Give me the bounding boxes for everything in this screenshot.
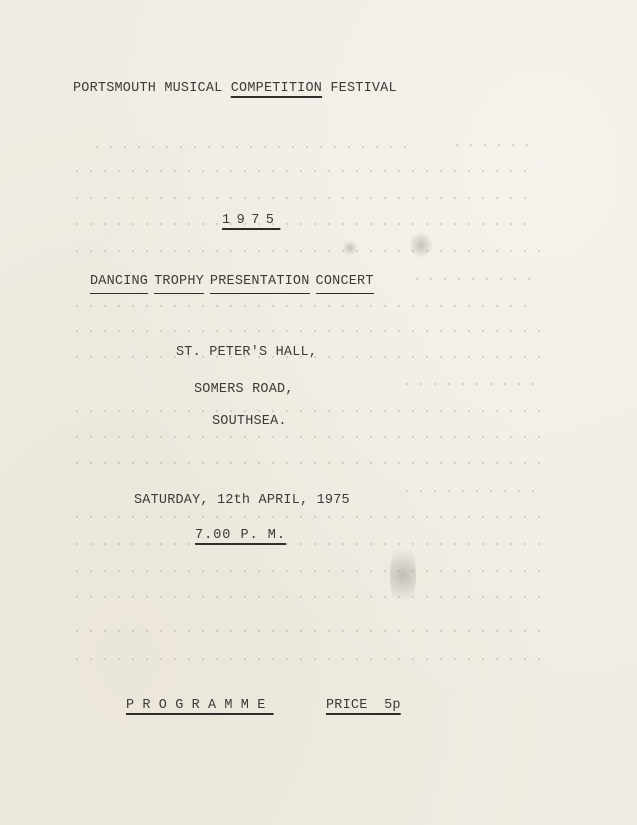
event-title-word: TROPHY (154, 274, 204, 294)
festival-title-underlined: COMPETITION (231, 81, 322, 96)
event-title-word: PRESENTATION (210, 274, 310, 294)
event-title-word: DANCING (90, 274, 148, 294)
event-title-word: CONCERT (316, 274, 374, 294)
venue-line-2: SOMERS ROAD, (194, 382, 294, 398)
programme-label: PROGRAMME (126, 698, 274, 714)
event-date: SATURDAY, 12th APRIL, 1975 (134, 493, 350, 509)
venue-line-1: ST. PETER'S HALL, (176, 345, 317, 361)
event-title: DANCINGTROPHYPRESENTATIONCONCERT (90, 274, 380, 294)
year-heading: 1975 (222, 213, 280, 229)
festival-title: PORTSMOUTH MUSICAL COMPETITION FESTIVAL (73, 81, 397, 97)
paper-background (0, 0, 637, 825)
event-time: 7.00 P. M. (195, 528, 286, 544)
venue-line-3: SOUTHSEA. (212, 414, 287, 430)
price-label: PRICE 5p (326, 698, 401, 714)
festival-title-prefix: PORTSMOUTH MUSICAL (73, 81, 231, 96)
festival-title-suffix: FESTIVAL (322, 81, 397, 96)
